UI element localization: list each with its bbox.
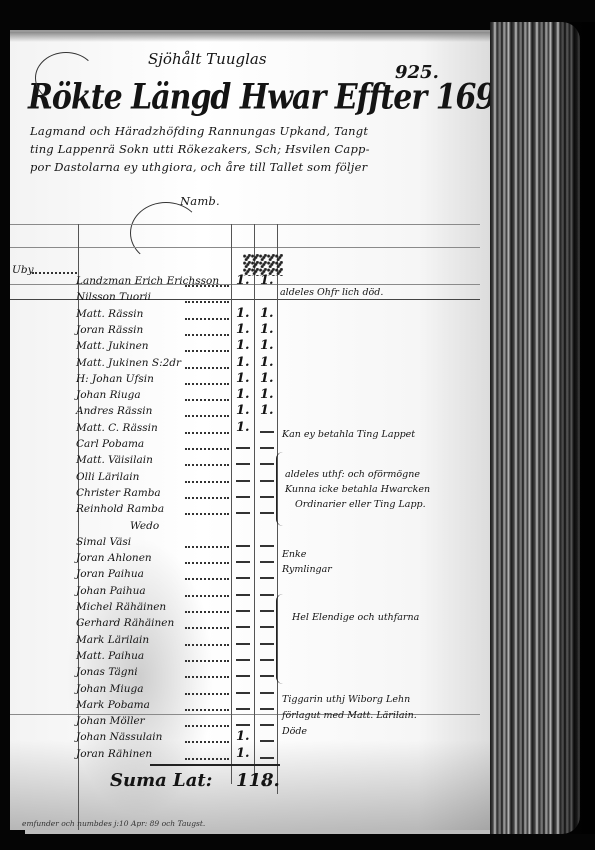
tally-dash-col2: [260, 463, 274, 465]
dotted-leader: [185, 758, 229, 760]
register-name: Matt. Paihua: [76, 650, 144, 662]
dotted-leader: [185, 432, 229, 434]
tally-dash-col2: [260, 480, 274, 482]
dotted-leader: [32, 272, 77, 274]
dotted-leader: [185, 741, 229, 743]
tally-col1: 1.: [236, 729, 250, 744]
tally-dash-col2: [260, 431, 274, 433]
brace-group: [276, 452, 283, 526]
tally-col2: 1.: [260, 273, 274, 288]
tally-col1: 1.: [236, 322, 250, 337]
tally-col1: 1.: [236, 371, 250, 386]
tally-dash-col1: [236, 577, 250, 579]
register-name: Joran Ahlonen: [76, 552, 152, 564]
register-name: Johan Miuga: [76, 683, 144, 695]
register-name: H: Johan Ufsin: [76, 373, 154, 385]
note-poverty-2: Kunna icke betahla Hwarcken: [285, 484, 430, 495]
dotted-leader: [185, 693, 229, 695]
dotted-leader: [185, 448, 229, 450]
tally-col1: 1.: [236, 306, 250, 321]
tally-dash-col2: [260, 757, 274, 759]
tally-dash-col2: [260, 740, 274, 742]
dotted-leader: [185, 627, 229, 629]
village-prefix: Uby: [12, 264, 34, 276]
intro-line-1: Lagmand och Häradzhöfding Rannungas Upka…: [30, 124, 368, 138]
tally-dash-col2: [260, 692, 274, 694]
tally-dash-col1: [236, 675, 250, 677]
dotted-leader: [185, 285, 229, 287]
tally-dash-col2: [260, 496, 274, 498]
tally-dash-col1: [236, 626, 250, 628]
intro-line-3: por Dastolarna ey uthgiora, och åre till…: [30, 160, 367, 174]
tally-dash-col2: [260, 447, 274, 449]
dotted-leader: [185, 578, 229, 580]
grid-line: [10, 224, 480, 225]
register-name: Matt. Rässin: [76, 308, 143, 320]
tally-col2: 1.: [260, 403, 274, 418]
note-poverty-1: aldeles uthf: och oförmögne: [285, 469, 420, 480]
note-died: aldeles Ohfr lich död.: [280, 287, 383, 298]
flourish-decoration: [35, 52, 97, 104]
tally-dash-col2: [260, 643, 274, 645]
tally-col2: 1.: [260, 306, 274, 321]
tally-dash-col1: [236, 643, 250, 645]
tally-dash-col2: [260, 594, 274, 596]
register-name: Joran Rässin: [76, 324, 143, 336]
note-bottom-2: förlagut med Matt. Lärilain.: [282, 710, 417, 721]
dotted-leader: [185, 350, 229, 352]
note-bottom-3: Döde: [282, 726, 307, 737]
note-bottom-1: Tiggarin uthj Wiborg Lehn: [282, 694, 410, 705]
note-poverty-3: Ordinarier eller Ting Lapp.: [295, 499, 426, 510]
page-title: Rökte Längd Hwar Effter 1696 Ahrs: [28, 77, 490, 117]
tally-col2: 1.: [260, 371, 274, 386]
footer-note: emfunder och numbdes j:10 Apr: 89 och Ta…: [22, 819, 205, 828]
dotted-leader: [185, 513, 229, 515]
register-name: Gerhard Rähäinen: [76, 617, 174, 629]
register-name: Simal Väsi: [76, 536, 131, 548]
grid-line: [10, 247, 480, 248]
tally-dash-col1: [236, 463, 250, 465]
tally-dash-col2: [260, 512, 274, 514]
register-name: Matt. Jukinen: [76, 340, 149, 352]
tally-dash-col1: [236, 545, 250, 547]
note-widow: Enke: [282, 549, 306, 560]
register-name: Christer Ramba: [76, 487, 161, 499]
tally-dash-col2: [260, 577, 274, 579]
col2-border: [254, 224, 255, 784]
register-name: Matt. Väisilain: [76, 454, 153, 466]
register-name: Wedo: [130, 520, 159, 532]
dotted-leader: [185, 725, 229, 727]
dotted-leader: [185, 383, 229, 385]
register-name: Johan Nässulain: [76, 731, 162, 743]
ledger-page: Sjöhålt Tuuglas 925. Rökte Längd Hwar Ef…: [10, 30, 490, 830]
dotted-leader: [185, 709, 229, 711]
tally-dash-col1: [236, 692, 250, 694]
tally-col1: 1.: [236, 403, 250, 418]
dotted-leader: [185, 367, 229, 369]
tally-dash-col1: [236, 512, 250, 514]
dotted-leader: [185, 464, 229, 466]
tally-dash-col2: [260, 626, 274, 628]
tally-col2: 1.: [260, 322, 274, 337]
tally-dash-col1: [236, 447, 250, 449]
col1-border: [231, 224, 232, 784]
register-name: Johan Paihua: [76, 585, 146, 597]
dotted-leader: [185, 644, 229, 646]
supertitle: Sjöhålt Tuuglas: [148, 50, 267, 68]
tally-col1: 1.: [236, 338, 250, 353]
tally-dash-col2: [260, 675, 274, 677]
dotted-leader: [185, 399, 229, 401]
tally-dash-col1: [236, 610, 250, 612]
tally-dash-col2: [260, 610, 274, 612]
register-name: Nilsson Tuorii: [76, 291, 151, 303]
tally-dash-col1: [236, 561, 250, 563]
register-name: Michel Rähäinen: [76, 601, 166, 613]
dotted-leader: [185, 611, 229, 613]
dotted-leader: [185, 481, 229, 483]
dotted-leader: [185, 546, 229, 548]
register-name: Jonas Tägni: [76, 666, 138, 678]
register-name: Johan Möller: [76, 715, 145, 727]
register-name: Reinhold Ramba: [76, 503, 164, 515]
dotted-leader: [185, 301, 229, 303]
page-top-shadow: [10, 32, 490, 42]
note-rymling: Rymlingar: [282, 564, 332, 575]
tally-col2: 1.: [260, 355, 274, 370]
tally-dash-col1: [236, 496, 250, 498]
register-name: Carl Pobama: [76, 438, 144, 450]
tally-dash-col2: [260, 545, 274, 547]
note-elendige: Hel Elendige och uthfarna: [292, 612, 419, 623]
tally-dash-col1: [236, 594, 250, 596]
dotted-leader: [185, 562, 229, 564]
register-name: Mark Lärilain: [76, 634, 149, 646]
brace-group: [276, 594, 283, 684]
tally-dash-col2: [260, 659, 274, 661]
register-name: Olli Lärilain: [76, 471, 139, 483]
tally-dash-col2: [260, 708, 274, 710]
dotted-leader: [185, 318, 229, 320]
register-name: Joran Rähinen: [76, 748, 152, 760]
tally-col1: 1.: [236, 387, 250, 402]
register-name: Mark Pobama: [76, 699, 150, 711]
tally-col1: 1.: [236, 355, 250, 370]
total-col2: 8.: [261, 770, 280, 791]
dotted-leader: [185, 497, 229, 499]
flourish-decoration: [130, 202, 202, 264]
tally-dash-col1: [236, 724, 250, 726]
total-rule: [150, 764, 280, 766]
tally-col2: 1.: [260, 387, 274, 402]
tally-col1: 1.: [236, 273, 250, 288]
tally-col1: 1.: [236, 746, 250, 761]
register-name: Matt. Jukinen S:2dr: [76, 357, 181, 369]
register-name: Johan Riuga: [76, 389, 141, 401]
tally-dash-col1: [236, 659, 250, 661]
tally-dash-col2: [260, 561, 274, 563]
tally-dash-col1: [236, 708, 250, 710]
dotted-leader: [185, 676, 229, 678]
register-name: Matt. C. Rässin: [76, 422, 158, 434]
intro-end: Namb.: [180, 194, 220, 208]
dotted-leader: [185, 660, 229, 662]
intro-line-2: ting Lappenrä Sokn utti Rökezakers, Sch;…: [30, 142, 370, 156]
register-name: Andres Rässin: [76, 405, 152, 417]
total-label: Suma Lat:: [110, 770, 212, 791]
tally-col2: 1.: [260, 338, 274, 353]
tally-col1: 1.: [236, 420, 250, 435]
register-name: Joran Paihua: [76, 568, 144, 580]
tally-dash-col2: [260, 724, 274, 726]
tally-dash-col1: [236, 480, 250, 482]
dotted-leader: [185, 334, 229, 336]
dotted-leader: [185, 595, 229, 597]
book-edge-shadow: [560, 22, 595, 834]
dotted-leader: [185, 415, 229, 417]
note-not-pay: Kan ey betahla Ting Lappet: [282, 429, 415, 440]
